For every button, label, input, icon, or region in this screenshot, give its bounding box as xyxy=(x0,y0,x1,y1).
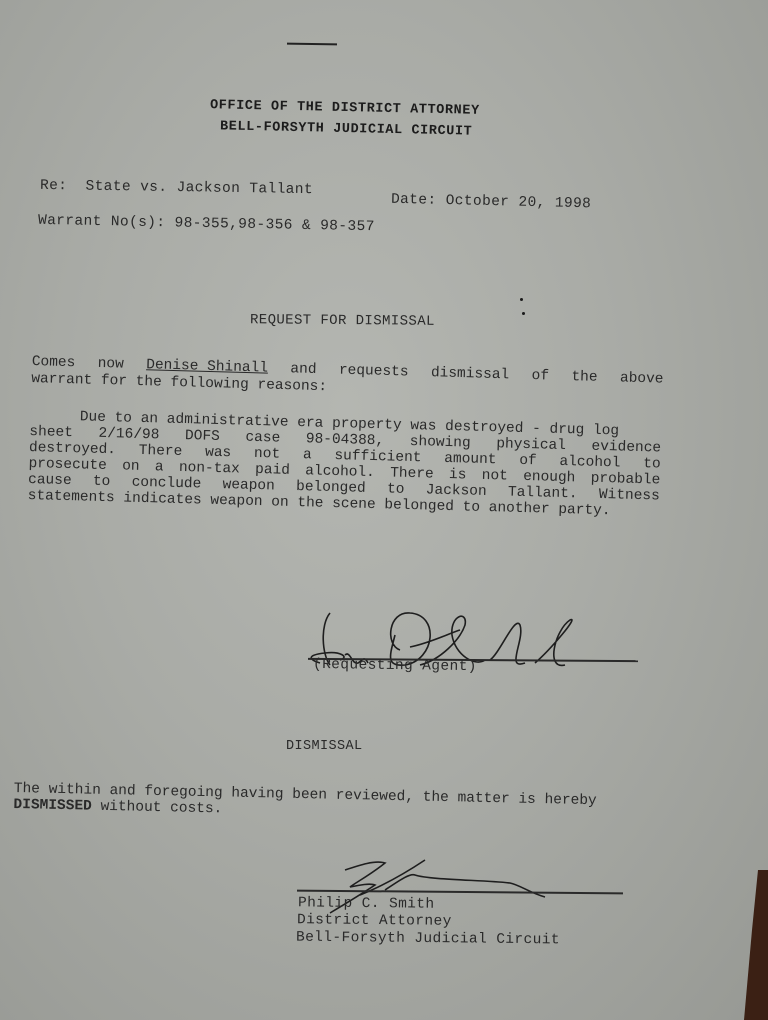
request-title: REQUEST FOR DISMISSAL xyxy=(250,312,435,330)
speck-mark xyxy=(522,312,525,315)
signer-organization: Bell-Forsyth Judicial Circuit xyxy=(296,930,560,949)
re-label: Re: xyxy=(40,178,68,194)
requesting-agent-label: (Requesting Agent) xyxy=(313,657,477,675)
signer-title: District Attorney xyxy=(297,912,452,930)
signer-name: Philip C. Smith xyxy=(298,895,435,912)
dismissal-title: DISMISSAL xyxy=(286,739,363,754)
warrant-label: Warrant No(s): xyxy=(38,213,166,231)
speck-mark xyxy=(520,298,523,301)
date-label: Date: xyxy=(391,192,437,209)
reasons-paragraph: Due to an administrative era property wa… xyxy=(27,408,661,521)
dismissed-word: DISMISSED xyxy=(13,797,92,815)
case-date: October 20, 1998 xyxy=(445,193,591,212)
